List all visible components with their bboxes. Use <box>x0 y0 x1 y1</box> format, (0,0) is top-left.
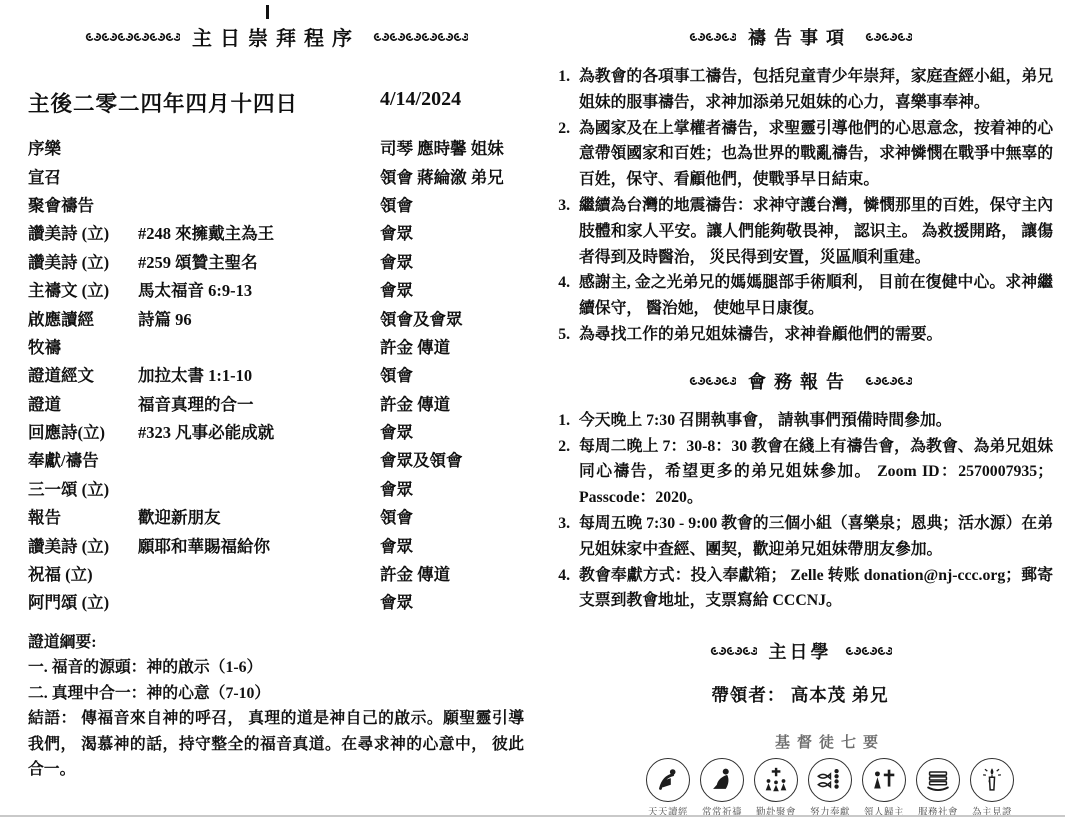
report-item: 教會奉獻方式：投入奉獻箱； Zelle 转账 donation@nj-ccc.o… <box>574 563 1053 615</box>
prayer-item: 為國家及在上掌權者禱告，求聖靈引導他們的心思意念，按着神的心意帶領國家和百姓；也… <box>574 116 1053 193</box>
program-item: 證道 <box>28 391 138 415</box>
program-item: 證道經文 <box>28 362 138 386</box>
program-who: 會眾及領會 <box>380 447 524 471</box>
offering-icon <box>808 758 852 802</box>
program-row: 讚美詩 (立)願耶和華賜福給你會眾 <box>28 530 524 558</box>
prayer-list: 為教會的各項事工禱告，包括兒童青少年崇拜，家庭查經小組，弟兄姐妹的服事禱告，求神… <box>547 64 1053 348</box>
seven-essential: 服務社會 <box>915 758 962 817</box>
bulletin-page: 主日崇拜程序 主後二零二四年四月十四日 4/14/2024 序樂司琴 應時馨 姐… <box>0 0 1065 817</box>
program-who: 領會 蔣綸漵 弟兄 <box>380 164 524 188</box>
sermon-outline-point: 一. 福音的源頭：神的啟示（1-6） <box>28 655 524 681</box>
program-item: 阿門頌 (立) <box>28 589 138 613</box>
date-row: 主後二零二四年四月十四日 4/14/2024 <box>28 87 524 113</box>
report-item: 今天晚上 7:30 召開執事會， 請執事們預備時間參加。 <box>574 408 1053 434</box>
community-service-icon <box>916 758 960 802</box>
swirl-ornament-icon <box>84 32 180 42</box>
seven-essentials-title: 基督徒七要 <box>639 731 1021 752</box>
report-item: 每周五晚 7:30 - 9:00 教會的三個小組（喜樂泉；恩典；活水源）在弟兄姐… <box>574 511 1053 563</box>
program-row: 證道經文加拉太書 1:1-10領會 <box>28 360 524 388</box>
cursor-tick-mark <box>266 5 269 19</box>
program-row: 奉獻/禱告會眾及領會 <box>28 445 524 473</box>
program-item: 奉獻/禱告 <box>28 447 138 471</box>
witness-candle-icon <box>970 758 1014 802</box>
program-row: 證道福音真理的合一許金 傳道 <box>28 389 524 417</box>
program-row: 啟應讀經詩篇 96領會及會眾 <box>28 303 524 331</box>
date-chinese: 主後二零二四年四月十四日 <box>28 92 298 116</box>
seven-essential: 勤赴聚會 <box>753 758 800 817</box>
program-who: 會眾 <box>380 220 524 244</box>
program-detail: 加拉太書 1:1-10 <box>138 362 380 386</box>
worship-order-header: 主日崇拜程序 <box>28 22 524 51</box>
program-table: 序樂司琴 應時馨 姐妹 宣召領會 蔣綸漵 弟兄 聚會禱告領會 讚美詩 (立)#2… <box>28 133 524 616</box>
worship-order-column: 主日崇拜程序 主後二零二四年四月十四日 4/14/2024 序樂司琴 應時馨 姐… <box>28 22 524 783</box>
swirl-ornament-icon <box>864 32 912 42</box>
report-list: 今天晚上 7:30 召開執事會， 請執事們預備時間參加。 每周二晚上 7：30-… <box>547 408 1053 614</box>
program-detail: 歡迎新朋友 <box>138 504 380 528</box>
sermon-outline-heading: 證道綱要: <box>28 630 524 656</box>
program-who: 會眾 <box>380 476 524 500</box>
seven-essential: 努力奉獻 <box>807 758 854 817</box>
prayer-icon <box>700 758 744 802</box>
swirl-ornament-icon <box>864 376 912 386</box>
swirl-ornament-icon <box>844 646 892 656</box>
program-row: 牧禱許金 傳道 <box>28 332 524 360</box>
evangelism-icon <box>862 758 906 802</box>
program-item: 讚美詩 (立) <box>28 533 138 557</box>
swirl-ornament-icon <box>709 646 757 656</box>
program-item: 讚美詩 (立) <box>28 220 138 244</box>
sermon-outline-conclusion: 結語： 傳福音來自神的呼召， 真理的道是神自己的啟示。願聖靈引導我們， 渴慕神的… <box>28 706 524 783</box>
program-detail: 福音真理的合一 <box>138 391 380 415</box>
prayer-item: 感謝主, 金之光弟兄的媽媽腿部手術順利， 目前在復健中心。求神繼續保守， 醫治她… <box>574 270 1053 322</box>
program-who: 領會 <box>380 504 524 528</box>
program-who: 許金 傳道 <box>380 334 524 358</box>
seven-essential: 常常祈禱 <box>699 758 746 817</box>
prayer-item: 為尋找工作的弟兄姐妹禱告，求神眷顧他們的需要。 <box>574 322 1053 348</box>
church-attendance-icon <box>754 758 798 802</box>
program-detail: 詩篇 96 <box>138 306 380 330</box>
program-who: 司琴 應時馨 姐妹 <box>380 135 524 159</box>
program-row: 主禱文 (立)馬太福音 6:9-13會眾 <box>28 275 524 303</box>
seven-essential: 領人歸主 <box>861 758 908 817</box>
seven-essentials-section: 基督徒七要 天天讀經 <box>639 731 1021 817</box>
program-row: 阿門頌 (立)會眾 <box>28 587 524 615</box>
program-who: 會眾 <box>380 277 524 301</box>
program-item: 聚會禱告 <box>28 192 138 216</box>
prayer-section-title: 禱告事項 <box>748 24 852 50</box>
swirl-ornament-icon <box>688 32 736 42</box>
program-row: 宣召領會 蔣綸漵 弟兄 <box>28 161 524 189</box>
program-detail: 馬太福音 6:9-13 <box>138 277 380 301</box>
program-detail: #259 頌贊主聖名 <box>138 249 380 273</box>
program-who: 領會及會眾 <box>380 306 524 330</box>
program-who: 許金 傳道 <box>380 561 524 585</box>
program-detail: #323 凡事必能成就 <box>138 419 380 443</box>
program-item: 牧禱 <box>28 334 138 358</box>
program-detail: #248 來擁戴主為王 <box>138 220 380 244</box>
seven-essentials-icons: 天天讀經 常常祈禱 <box>639 758 1021 817</box>
program-who: 領會 <box>380 362 524 386</box>
swirl-ornament-icon <box>688 376 736 386</box>
sunday-school-header: 主日學 <box>547 638 1053 664</box>
program-row: 回應詩(立)#323 凡事必能成就會眾 <box>28 417 524 445</box>
program-row: 聚會禱告領會 <box>28 190 524 218</box>
program-item: 三一頌 (立) <box>28 476 138 500</box>
program-row: 讚美詩 (立)#248 來擁戴主為王會眾 <box>28 218 524 246</box>
sermon-outline-point: 二. 真理中合一：神的心意（7-10） <box>28 681 524 707</box>
program-who: 會眾 <box>380 249 524 273</box>
program-who: 領會 <box>380 192 524 216</box>
report-item: 每周二晚上 7：30-8：30 教會在綫上有禱告會，為教會、為弟兄姐妹同心禱告，… <box>574 434 1053 511</box>
program-item: 祝福 (立) <box>28 561 138 585</box>
program-item: 回應詩(立) <box>28 419 138 443</box>
sermon-outline: 證道綱要: 一. 福音的源頭：神的啟示（1-6） 二. 真理中合一：神的心意（7… <box>28 630 524 783</box>
program-item: 啟應讀經 <box>28 306 138 330</box>
swirl-ornament-icon <box>372 32 468 42</box>
program-item: 報告 <box>28 504 138 528</box>
program-row: 三一頌 (立)會眾 <box>28 474 524 502</box>
program-who: 會眾 <box>380 533 524 557</box>
program-row: 序樂司琴 應時馨 姐妹 <box>28 133 524 161</box>
date-numeric: 4/14/2024 <box>380 88 461 111</box>
seven-essential: 天天讀經 <box>645 758 692 817</box>
prayer-item: 為教會的各項事工禱告，包括兒童青少年崇拜，家庭查經小組，弟兄姐妹的服事禱告，求神… <box>574 64 1053 116</box>
program-row: 祝福 (立)許金 傳道 <box>28 559 524 587</box>
bible-reading-icon <box>646 758 690 802</box>
program-item: 序樂 <box>28 135 138 159</box>
program-detail: 願耶和華賜福給你 <box>138 533 380 557</box>
seven-essential: 為主見證 <box>969 758 1016 817</box>
program-who: 許金 傳道 <box>380 391 524 415</box>
report-section-header: 會務報告 <box>547 368 1053 394</box>
announcements-column: 禱告事項 為教會的各項事工禱告，包括兒童青少年崇拜，家庭查經小組，弟兄姐妹的服事… <box>547 18 1053 817</box>
worship-order-title: 主日崇拜程序 <box>192 22 360 51</box>
program-who: 會眾 <box>380 419 524 443</box>
program-who: 會眾 <box>380 589 524 613</box>
prayer-item: 繼續為台灣的地震禱告：求神守護台灣，憐憫那里的百姓，保守主內肢體和家人平安。讓人… <box>574 193 1053 270</box>
report-section-title: 會務報告 <box>748 368 852 394</box>
program-row: 讚美詩 (立)#259 頌贊主聖名會眾 <box>28 247 524 275</box>
sunday-school-title: 主日學 <box>769 638 832 664</box>
prayer-section-header: 禱告事項 <box>547 24 1053 50</box>
program-row: 報告歡迎新朋友領會 <box>28 502 524 530</box>
program-item: 讚美詩 (立) <box>28 249 138 273</box>
program-item: 宣召 <box>28 164 138 188</box>
program-item: 主禱文 (立) <box>28 277 138 301</box>
sunday-school-leader: 帶領者： 高本茂 弟兄 <box>547 682 1053 707</box>
